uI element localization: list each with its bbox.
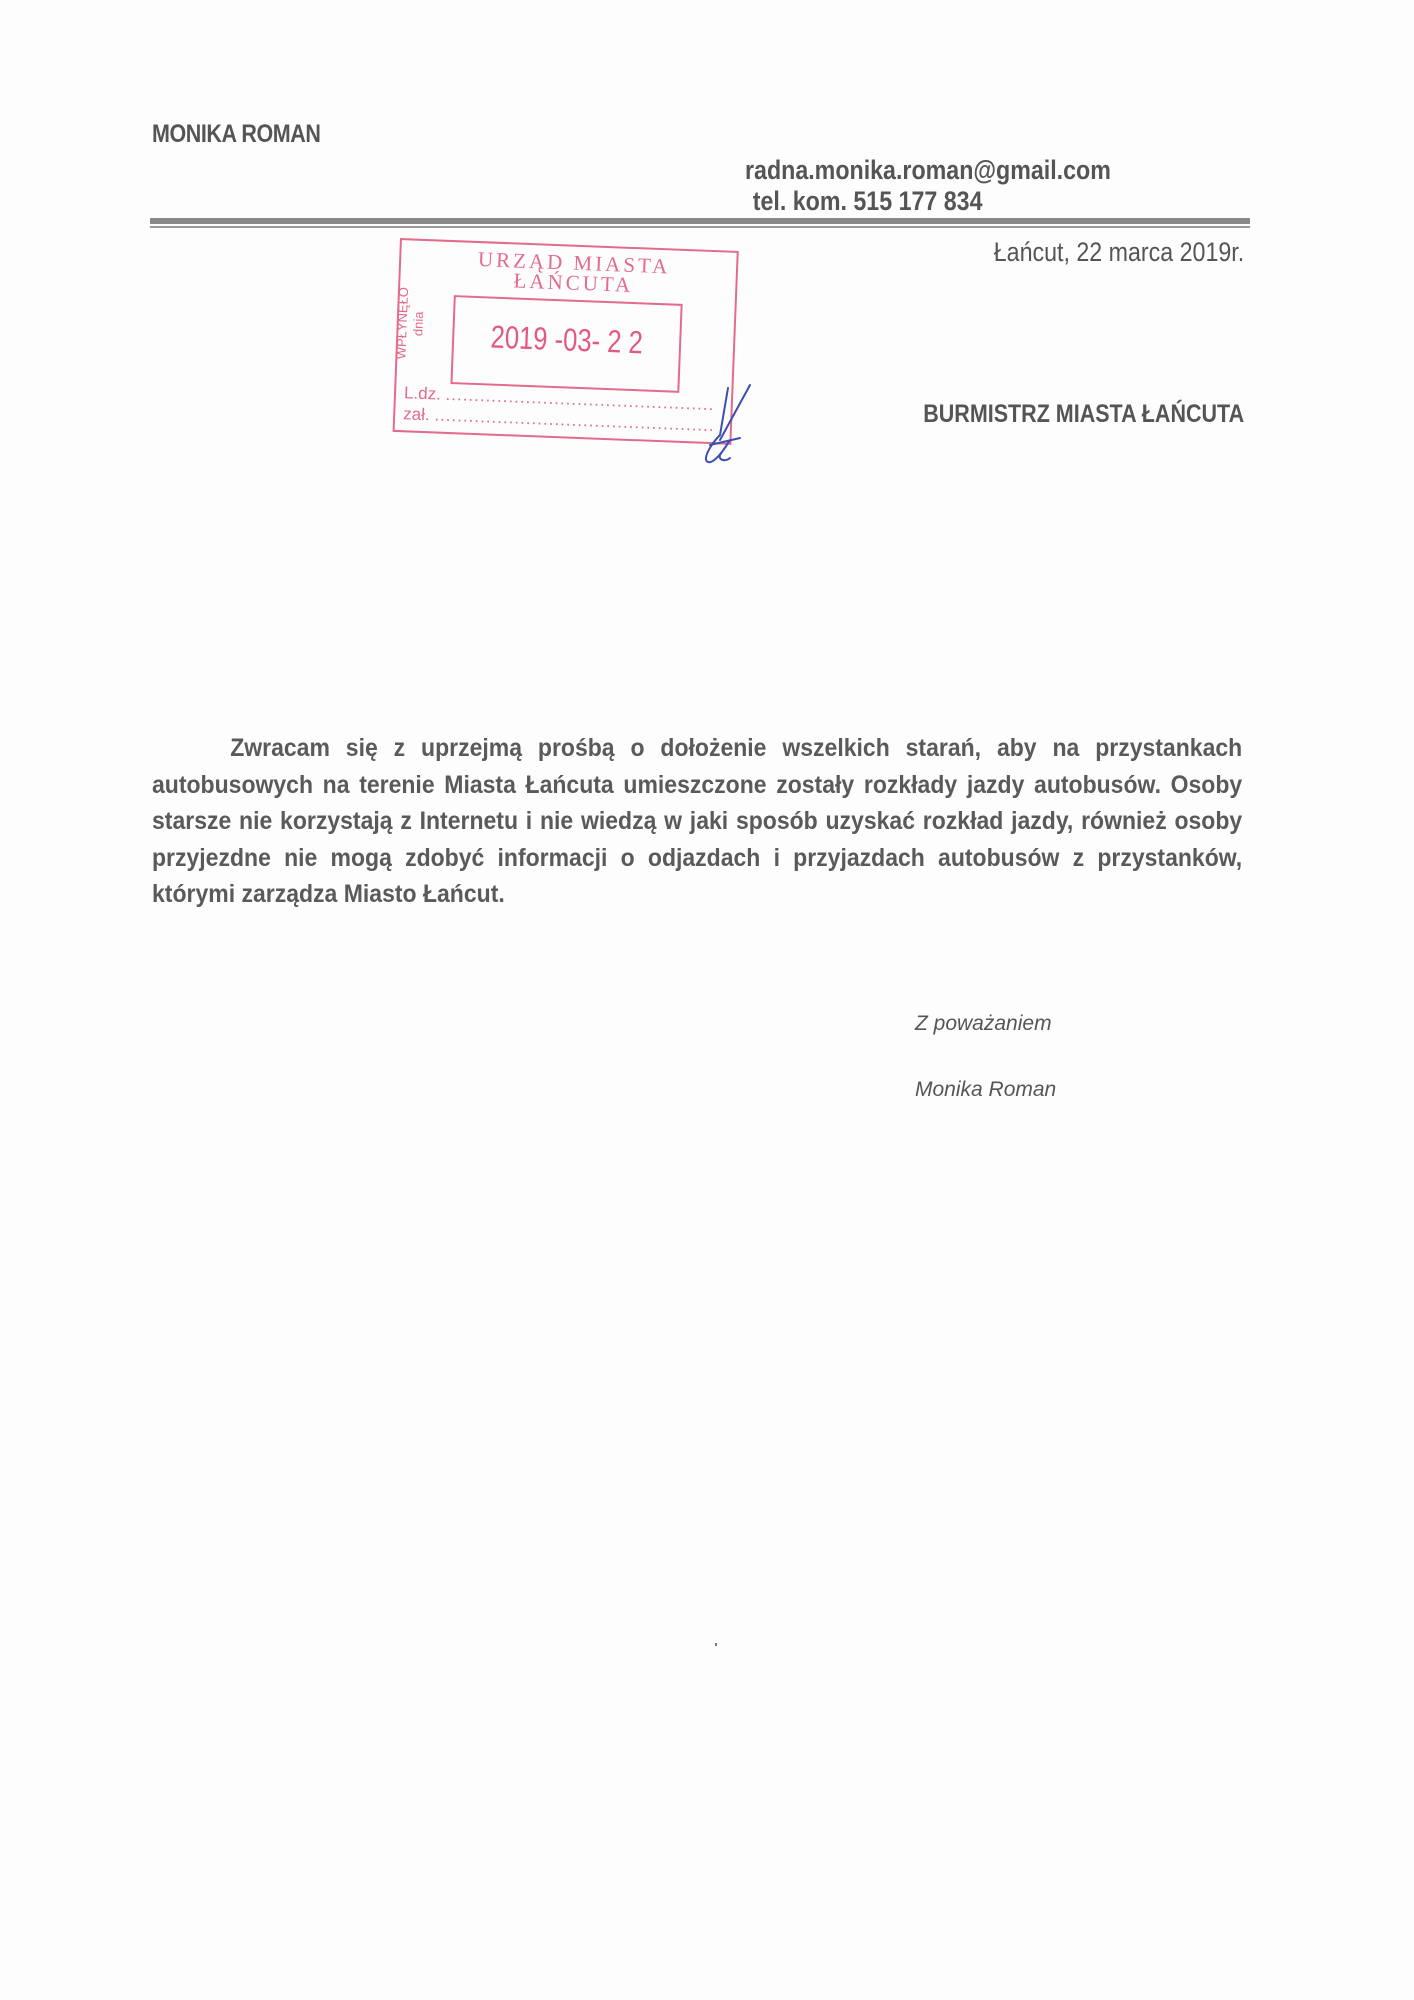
sender-email: radna.monika.roman@gmail.com <box>745 155 1111 186</box>
date-line: Łańcut, 22 marca 2019r. <box>994 237 1244 268</box>
sender-phone: tel. kom. 515 177 834 <box>745 186 1111 217</box>
stamp-received-date: 2019 -03- 2 2 <box>476 318 657 362</box>
letter-body: Zwracam się z uprzejmą prośbą o dołożeni… <box>152 730 1242 913</box>
header-divider <box>150 218 1250 230</box>
closing-salutation: Z poważaniem <box>915 1012 1052 1036</box>
scan-speck <box>715 1643 717 1646</box>
stamp-side-label: WPŁYNĘŁO dnia <box>393 283 428 364</box>
signature-name: Monika Roman <box>915 1078 1056 1102</box>
stamp-side-label-1: WPŁYNĘŁO <box>393 283 412 364</box>
sender-name: MONIKA ROMAN <box>152 120 320 149</box>
stamp-zal-label: zał. <box>403 404 430 424</box>
stamp-side-label-2: dnia <box>409 284 428 365</box>
body-paragraph: Zwracam się z uprzejmą prośbą o dołożeni… <box>152 730 1242 913</box>
recipient: BURMISTRZ MIASTA ŁAŃCUTA <box>923 400 1244 429</box>
stamp-ldz-label: L.dz. <box>404 383 442 403</box>
stamp-date-box: 2019 -03- 2 2 <box>450 295 682 393</box>
handwritten-initials-icon <box>680 380 760 470</box>
sender-contact: radna.monika.roman@gmail.com tel. kom. 5… <box>745 155 1111 217</box>
